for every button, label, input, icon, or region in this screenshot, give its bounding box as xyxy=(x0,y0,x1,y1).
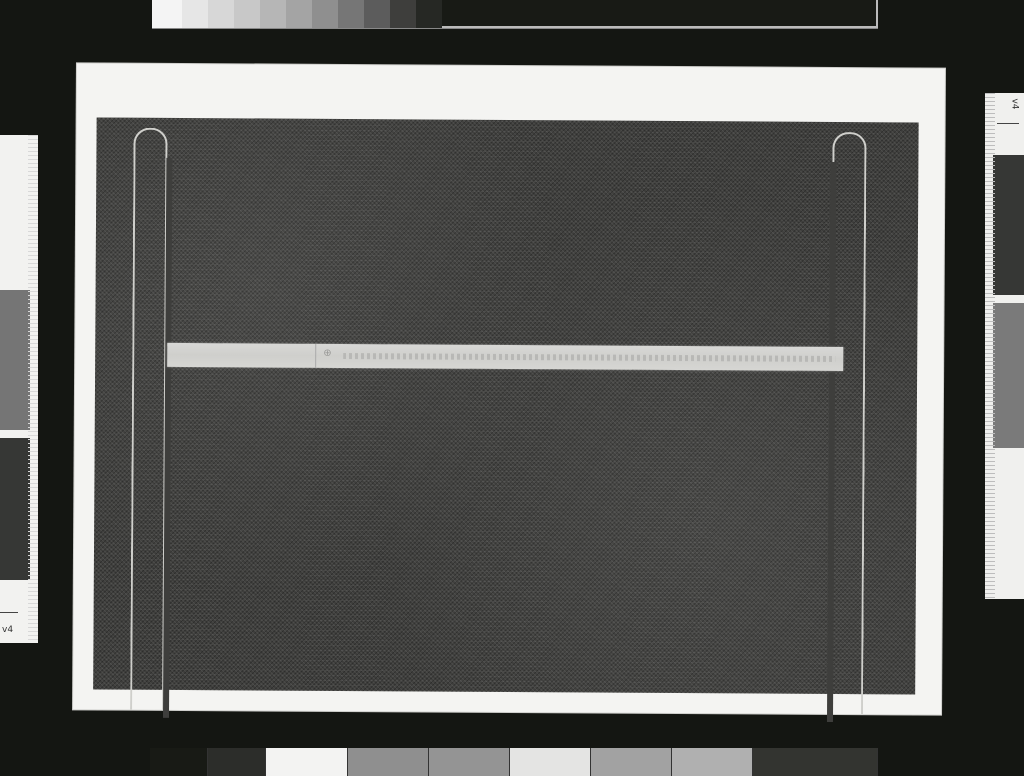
grayscale-patch xyxy=(591,748,672,776)
top-grayscale-strip xyxy=(152,0,878,29)
right-strip-rule xyxy=(997,123,1019,124)
photo-print: ⊕ xyxy=(73,63,945,714)
grayscale-patch xyxy=(182,0,208,28)
bar-seal-mark: ⊕ xyxy=(323,348,331,359)
left-hook-rod xyxy=(130,128,168,710)
grayscale-patch xyxy=(152,0,182,28)
left-ruler-ticks xyxy=(28,135,38,643)
right-ruler-ticks xyxy=(985,93,995,599)
right-strip-segment xyxy=(993,303,1024,448)
rubbing-field: ⊕ xyxy=(93,117,918,694)
grayscale-patch xyxy=(510,748,591,776)
grayscale-patch xyxy=(208,748,266,776)
grayscale-patch xyxy=(416,0,442,28)
grayscale-patch xyxy=(338,0,364,28)
left-strip-segment xyxy=(0,135,30,290)
grayscale-patch xyxy=(429,748,510,776)
left-strip-label: v4 xyxy=(2,625,13,635)
grayscale-patch xyxy=(672,748,753,776)
grayscale-patch xyxy=(286,0,312,28)
bottom-grayscale-strip xyxy=(150,748,878,776)
right-strip-segment xyxy=(993,155,1024,295)
left-calibration-strip: v4 xyxy=(0,135,38,643)
grayscale-patch xyxy=(753,748,878,776)
horizontal-bar: ⊕ xyxy=(167,343,843,371)
grayscale-patch xyxy=(390,0,416,28)
bar-faint-inscription xyxy=(343,353,835,362)
grayscale-strip-tail xyxy=(442,0,878,28)
grayscale-patch xyxy=(364,0,390,28)
left-strip-segment xyxy=(0,438,30,580)
right-strip-segment xyxy=(993,448,1024,599)
grayscale-patch xyxy=(348,748,429,776)
left-strip-segment xyxy=(0,290,30,430)
left-strip-segment xyxy=(0,430,30,438)
grayscale-patch xyxy=(266,748,348,776)
grayscale-patch xyxy=(150,748,208,776)
bar-divider xyxy=(315,344,316,368)
grayscale-patch xyxy=(208,0,234,28)
right-calibration-strip: v4 xyxy=(985,93,1024,599)
right-strip-label: v4 xyxy=(1009,98,1019,109)
grayscale-patch xyxy=(312,0,338,28)
grayscale-patch xyxy=(260,0,286,28)
grayscale-patch xyxy=(234,0,260,28)
left-strip-rule xyxy=(0,612,18,613)
right-strip-segment xyxy=(993,295,1024,303)
